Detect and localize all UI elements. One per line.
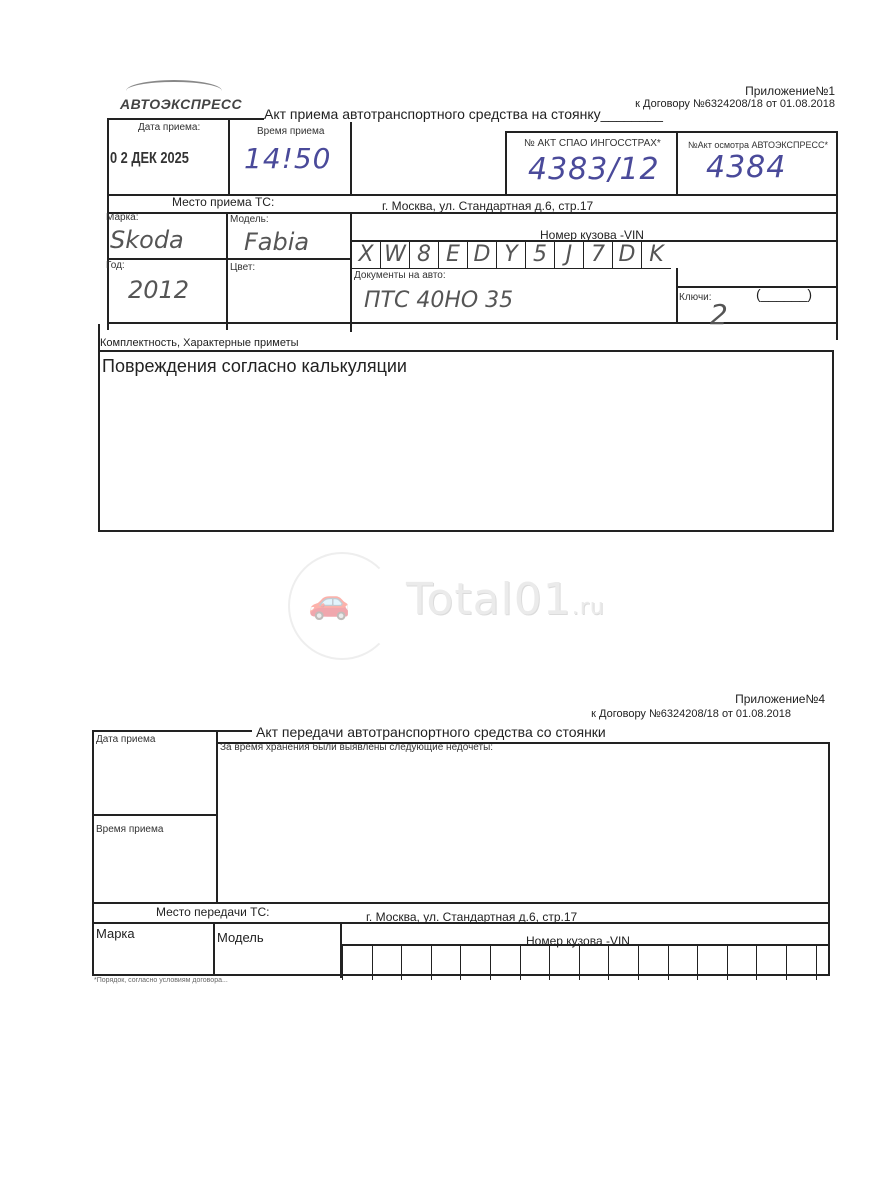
vin-char: J <box>555 240 584 268</box>
act2-place-value: г. Москва, ул. Стандартная д.6, стр.17 <box>366 910 577 924</box>
place-value: г. Москва, ул. Стандартная д.6, стр.17 <box>382 199 593 213</box>
keys-blank: (______) <box>756 286 812 302</box>
date-stamp: 0 2 ДЕК 2025 <box>110 150 189 168</box>
vin-char: Y <box>497 240 526 268</box>
vin-char: E <box>439 240 468 268</box>
watermark-text: Total01.ru <box>406 574 605 625</box>
appendix-4-title: Приложение№4 <box>735 692 825 706</box>
vin-cell[interactable] <box>343 944 373 980</box>
year-value: 2012 <box>128 276 189 304</box>
act2-brand-label: Марка <box>96 926 135 941</box>
vin-cell[interactable] <box>609 944 639 980</box>
appendix-4-contract: к Договору №6324208/18 от 01.08.2018 <box>591 708 791 720</box>
vin-grid: X W 8 E D Y 5 J 7 D K <box>352 240 671 269</box>
act2-time-label: Время приема <box>96 824 163 835</box>
watermark: 🚗 Total01.ru <box>288 552 608 662</box>
vin-cell[interactable] <box>669 944 699 980</box>
vin-cell[interactable] <box>461 944 491 980</box>
vin-char: W <box>381 240 410 268</box>
model-value: Fabia <box>244 228 309 256</box>
vin-cell[interactable] <box>728 944 758 980</box>
keys-label: Ключи: <box>679 292 712 303</box>
keys-value: 2 <box>710 298 728 331</box>
brand-label: Марка: <box>106 212 139 223</box>
docs-label: Документы на авто: <box>354 270 446 281</box>
act2-model-label: Модель <box>217 930 264 945</box>
vin-cell[interactable] <box>432 944 462 980</box>
footnote: *Порядок, согласно условиям договора... <box>94 977 228 984</box>
car-icon: 🚗 <box>308 582 350 622</box>
appendix-1-contract: к Договору №6324208/18 от 01.08.2018 <box>635 98 835 110</box>
vin-cell[interactable] <box>521 944 551 980</box>
ingos-act-value: 4383/12 <box>528 152 660 187</box>
ingos-act-label: № АКТ СПАО ИНГОССТРАХ* <box>524 138 661 149</box>
vin-char: X <box>352 240 381 268</box>
appendix-1-title: Приложение№1 <box>745 84 835 98</box>
features-value: Повреждения согласно калькуляции <box>102 356 407 377</box>
vin-cell[interactable] <box>550 944 580 980</box>
date-label: Дата приема: <box>138 122 200 133</box>
avtoexpress-act-value: 4384 <box>706 150 786 185</box>
avtoexpress-act-label: №Акт осмотра АВТОЭКСПРЕСС* <box>688 140 828 150</box>
vin-cell[interactable] <box>491 944 521 980</box>
vin-char: D <box>468 240 497 268</box>
color-label: Цвет: <box>230 262 255 273</box>
time-value: 14!50 <box>244 142 331 175</box>
brand-value: Skoda <box>110 226 184 254</box>
vin-redacted <box>686 244 826 284</box>
vin-cell[interactable] <box>402 944 432 980</box>
logo-text: АВТОЭКСПРЕСС <box>120 96 242 112</box>
docs-value: ПТС 40НО 35 <box>364 288 513 313</box>
vin-cell[interactable] <box>787 944 817 980</box>
act-2-title: Акт передачи автотранспортного средства … <box>256 724 606 740</box>
act2-vin-grid <box>342 944 817 980</box>
place-label: Место приема ТС: <box>172 195 274 209</box>
defects-label: За время хранения были выявлены следующи… <box>220 742 493 753</box>
avtoexpress-logo: АВТОЭКСПРЕСС <box>120 78 230 118</box>
vin-cell[interactable] <box>757 944 787 980</box>
features-label: Комплектность, Характерные приметы <box>100 337 299 349</box>
model-label: Модель: <box>230 214 269 225</box>
vin-cell[interactable] <box>698 944 728 980</box>
time-label: Время приема <box>257 126 324 137</box>
vin-char: 7 <box>584 240 613 268</box>
year-label: Год: <box>106 260 125 271</box>
vin-char: 8 <box>410 240 439 268</box>
vin-char: K <box>642 240 671 268</box>
act2-date-label: Дата приема <box>96 734 155 745</box>
vin-char: D <box>613 240 642 268</box>
act2-place-label: Место передачи ТС: <box>156 905 269 919</box>
vin-char: 5 <box>526 240 555 268</box>
act-1-title: Акт приема автотранспортного средства на… <box>264 106 663 122</box>
vin-cell[interactable] <box>373 944 403 980</box>
vin-cell[interactable] <box>580 944 610 980</box>
vin-cell[interactable] <box>639 944 669 980</box>
